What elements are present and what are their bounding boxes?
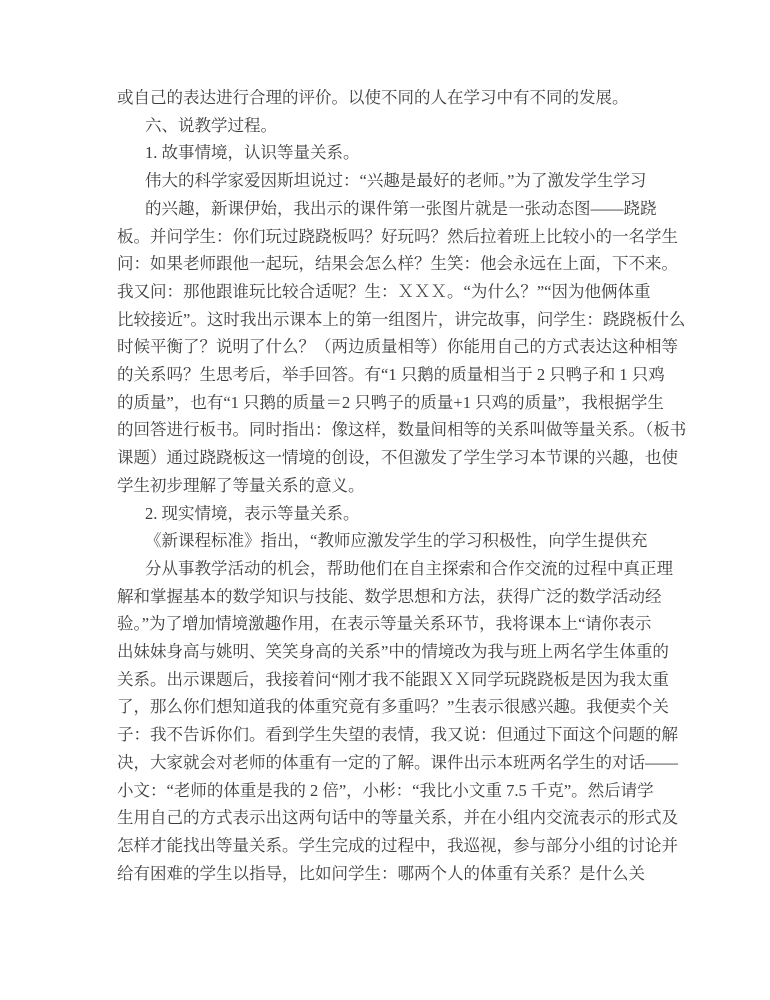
text-line: 六、说教学过程。: [117, 112, 687, 140]
text-line: 的质量”，也有“1 只鹅的质量＝2 只鸭子的质量+1 只鸡的质量”，我根据学生: [117, 389, 687, 417]
text-line: 出妹妹身高与姚明、笑笑身高的关系”中的情境改为我与班上两名学生体重的: [117, 638, 687, 666]
text-line: 生用自己的方式表示出这两句话中的等量关系，并在小组内交流表示的形式及: [117, 804, 687, 832]
text-line: 板。并问学生：你们玩过跷跷板吗？好玩吗？然后拉着班上比较小的一名学生: [117, 223, 687, 251]
text-line: 决，大家就会对老师的体重有一定的了解。课件出示本班两名学生的对话——: [117, 749, 687, 777]
text-line: 怎样才能找出等量关系。学生完成的过程中，我巡视，参与部分小组的讨论并: [117, 832, 687, 860]
text-line: 的兴趣，新课伊始，我出示的课件第一张图片就是一张动态图——跷跷: [117, 195, 687, 223]
text-line: 的关系吗？生思考后，举手回答。有“1 只鹅的质量相当于 2 只鸭子和 1 只鸡: [117, 361, 687, 389]
text-line: 学生初步理解了等量关系的意义。: [117, 472, 687, 500]
text-line: 或自己的表达进行合理的评价。以使不同的人在学习中有不同的发展。: [117, 84, 687, 112]
text-line: 比较接近”。这时我出示课本上的第一组图片，讲完故事，问学生：跷跷板什么: [117, 306, 687, 334]
document-body: 或自己的表达进行合理的评价。以使不同的人在学习中有不同的发展。 六、说教学过程。…: [117, 84, 687, 887]
text-line: 小文：“老师的体重是我的 2 倍”，小彬：“我比小文重 7.5 千克”。然后请学: [117, 777, 687, 805]
text-line: 问：如果老师跟他一起玩，结果会怎么样？生笑：他会永远在上面，下不来。: [117, 250, 687, 278]
text-line: 时候平衡了？说明了什么？（两边质量相等）你能用自己的方式表达这种相等: [117, 333, 687, 361]
text-line: 课题）通过跷跷板这一情境的创设，不但激发了学生学习本节课的兴趣，也使: [117, 444, 687, 472]
text-line: 1. 故事情境，认识等量关系。: [117, 139, 687, 167]
text-line: 伟大的科学家爱因斯坦说过：“兴趣是最好的老师。”为了激发学生学习: [117, 167, 687, 195]
text-line: 我又问：那他跟谁玩比较合适呢？生：ＸＸＸ。“为什么？”“因为他俩体重: [117, 278, 687, 306]
text-line: 2. 现实情境，表示等量关系。: [117, 500, 687, 528]
text-line: 解和掌握基本的数学知识与技能、数学思想和方法，获得广泛的数学活动经: [117, 583, 687, 611]
text-line: 分从事教学活动的机会，帮助他们在自主探索和合作交流的过程中真正理: [117, 555, 687, 583]
text-line: 《新课程标准》指出，“教师应激发学生的学习积极性，向学生提供充: [117, 527, 687, 555]
document-page: 或自己的表达进行合理的评价。以使不同的人在学习中有不同的发展。 六、说教学过程。…: [0, 0, 770, 1000]
text-line: 验。”为了增加情境激趣作用，在表示等量关系环节，我将课本上“请你表示: [117, 610, 687, 638]
text-line: 了，那么你们想知道我的体重究竟有多重吗？”生表示很感兴趣。我便卖个关: [117, 693, 687, 721]
text-line: 子：我不告诉你们。看到学生失望的表情，我又说：但通过下面这个问题的解: [117, 721, 687, 749]
text-line: 关系。出示课题后，我接着问“刚才我不能跟ＸＸ同学玩跷跷板是因为我太重: [117, 666, 687, 694]
text-line: 的回答进行板书。同时指出：像这样，数量间相等的关系叫做等量关系。（板书: [117, 416, 687, 444]
text-line: 给有困难的学生以指导，比如问学生：哪两个人的体重有关系？是什么关: [117, 860, 687, 888]
